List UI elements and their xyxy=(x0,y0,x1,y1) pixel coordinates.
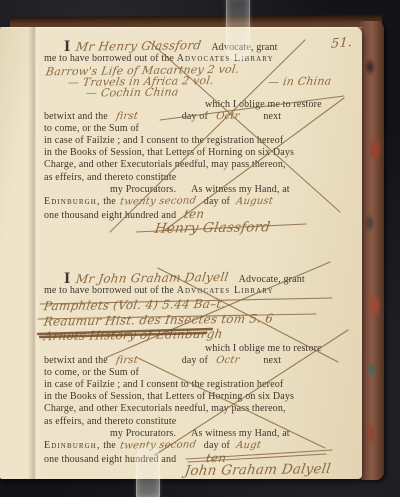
procurators-label: my Procurators. xyxy=(110,184,176,195)
procurators-line: my Procurators.As witness my Hand, at xyxy=(44,184,344,196)
next-label: next xyxy=(263,355,281,366)
borrowed-text: me to have borrowed out of the xyxy=(44,285,174,296)
borrowed-text: me to have borrowed out of the xyxy=(44,53,174,64)
the-label: the xyxy=(103,440,116,451)
year-printed: one thousand eight hundred and xyxy=(44,210,176,221)
betwixt-label: betwixt and the xyxy=(44,355,108,366)
betwixt-line: betwixt and thefirstday ofOctrnext xyxy=(44,111,344,123)
borrower-signature: Henry Glassford xyxy=(154,220,272,238)
edinburgh-label: Edinburgh, xyxy=(44,440,101,451)
register-page: 51. IMr Henry GlassfordAdvocate, grant m… xyxy=(0,27,362,479)
book-title: Reaumur Hist. des Insectes tom 5. 6 xyxy=(43,311,274,329)
due-day-handwritten: first xyxy=(115,111,139,124)
borrow-entry-dalyell: IMr John Graham DalyellAdvocate, grant m… xyxy=(44,272,344,478)
due-month-handwritten: Octr xyxy=(215,111,240,124)
witness-label: As witness my Hand, at xyxy=(191,428,290,439)
failzie-line: as effeirs, and thereto constitute xyxy=(44,172,344,184)
due-day-handwritten: first xyxy=(115,355,139,368)
borrower-signature: John Graham Dalyell xyxy=(184,461,332,479)
book-marbled-fore-edge xyxy=(360,21,384,480)
book-title: — in China xyxy=(267,76,332,88)
due-month-handwritten: Octr xyxy=(215,355,240,368)
witness-label: As witness my Hand, at xyxy=(191,184,290,195)
borrower-name: Mr Henry Glassford xyxy=(75,39,202,54)
borrower-name: Mr John Graham Dalyell xyxy=(75,271,229,286)
next-label: next xyxy=(263,111,281,122)
failzie-line: as effeirs, and thereto constitute xyxy=(44,416,344,428)
library-name: Advocates Library xyxy=(177,285,274,296)
page-holder-strap-top xyxy=(226,0,250,60)
page-holder-strap-bottom xyxy=(136,447,160,497)
oblige-line: which I oblige me to restore xyxy=(205,99,344,111)
sum-line: to come, or the Sum of xyxy=(44,367,344,379)
sum-line: to come, or the Sum of xyxy=(44,123,344,135)
book-title: Arnots History of Edinburgh xyxy=(43,326,224,343)
year-word-handwritten: ten xyxy=(183,208,205,220)
failzie-line: Charge, and other Executorials needful, … xyxy=(44,403,344,415)
advocate-grant-label: Advocate, grant xyxy=(239,274,305,285)
failzie-line: in case of Failzie ; and I consent to th… xyxy=(44,379,344,391)
betwixt-line: betwixt and thefirstday ofOctrnext xyxy=(44,355,344,367)
entry-header-line: IMr John Graham DalyellAdvocate, grant xyxy=(44,272,344,285)
failzie-line: in the Books of Session, that Letters of… xyxy=(44,391,344,403)
betwixt-label: betwixt and the xyxy=(44,111,108,122)
book-title: Pamphlets (Vol. 4) 5.44 Ba–t. xyxy=(43,296,227,314)
failzie-line: in case of Failzie ; and I consent to th… xyxy=(44,135,344,147)
year-line: one thousand eight hundred andten xyxy=(44,208,344,220)
book-title: — Cochin China xyxy=(85,87,179,99)
signed-day-of-label: day of xyxy=(204,440,230,451)
procurators-line: my Procurators.As witness my Hand, at xyxy=(44,428,344,440)
borrowed-line: me to have borrowed out of the Advocates… xyxy=(44,285,344,298)
failzie-line: in the Books of Session, that Letters of… xyxy=(44,147,344,159)
signed-month-handwritten: August xyxy=(235,196,274,209)
edinburgh-label: Edinburgh, xyxy=(44,196,101,207)
page-gutter-crease xyxy=(28,27,40,479)
signed-date-line: Edinburgh, thetwenty secondday ofAugt xyxy=(44,440,344,452)
borrow-entry-glassford: IMr Henry GlassfordAdvocate, grant me to… xyxy=(44,40,344,236)
oblige-line: which I oblige me to restore xyxy=(205,343,344,355)
day-of-label: day of xyxy=(182,111,208,122)
signed-month-handwritten: Augt xyxy=(235,440,262,453)
failzie-line: Charge, and other Executorials needful, … xyxy=(44,159,344,171)
the-label: the xyxy=(103,196,116,207)
photograph-background: 51. IMr Henry GlassfordAdvocate, grant m… xyxy=(0,0,400,497)
day-of-label: day of xyxy=(182,355,208,366)
entry-header-line: IMr Henry GlassfordAdvocate, grant xyxy=(44,40,344,53)
signed-day-of-label: day of xyxy=(204,196,230,207)
procurators-label: my Procurators. xyxy=(110,428,176,439)
